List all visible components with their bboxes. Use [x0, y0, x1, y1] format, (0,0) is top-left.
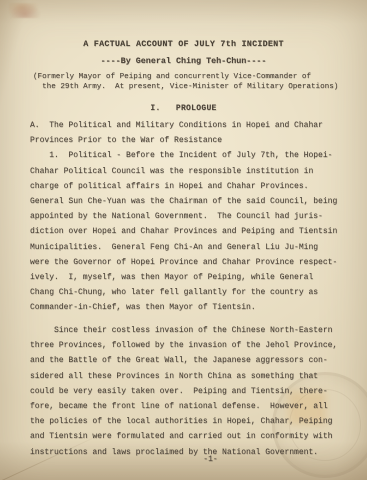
- text-line: diction over Hopei and Chahar Provinces …: [30, 224, 337, 239]
- text-line: A. The Political and Military Conditions…: [30, 118, 337, 133]
- text-line: and the Battle of the Great Wall, the Ja…: [30, 353, 337, 368]
- document-title: A FACTUAL ACCOUNT OF JULY 7th INCIDENT: [0, 39, 367, 49]
- text-line: appointed by the National Government. Th…: [30, 209, 337, 224]
- text-line: (Formerly Mayor of Peiping and concurren…: [33, 73, 338, 83]
- text-line: Chahar Political Council was the respons…: [30, 164, 337, 179]
- text-line: were the Governor of Hopei Province and …: [30, 255, 337, 270]
- text-line: charge of political affairs in Hopei and…: [30, 179, 337, 194]
- section-heading: I. PROLOGUE: [0, 104, 367, 113]
- text-line: General Sun Che-Yuan was the Chairman of…: [30, 194, 337, 209]
- paragraph-block-1: A. The Political and Military Conditions…: [30, 118, 337, 316]
- author-note: (Formerly Mayor of Peiping and concurren…: [33, 73, 338, 92]
- text-line: Provinces Prior to the War of Resistance: [30, 133, 337, 148]
- text-line: Since their costless invasion of the Chi…: [30, 323, 337, 338]
- text-line: fore, became the front line of national …: [30, 399, 337, 414]
- text-line: the policies of the local authorities in…: [30, 414, 337, 429]
- stamp-mark: [9, 3, 41, 18]
- page-number: -1-: [27, 455, 367, 464]
- text-line: Chang Chi-Chung, who later fell gallantl…: [30, 285, 337, 300]
- text-line: sidered all these Provinces in North Chi…: [30, 369, 337, 384]
- text-line: ively. I, myself, was then Mayor of Peip…: [30, 270, 337, 285]
- text-line: three Provinces, followed by the invasio…: [30, 338, 337, 353]
- text-line: could be very easily taken over. Peiping…: [30, 384, 337, 399]
- text-line: Commander-in-Chief, was then Mayor of Ti…: [30, 300, 337, 315]
- text-line: the 29th Army. At present, Vice-Minister…: [33, 83, 338, 93]
- text-line: and Tientsin were formulated and carried…: [30, 429, 337, 444]
- paragraph-block-2: Since their costless invasion of the Chi…: [30, 323, 337, 460]
- document-byline: ----By General Ching Teh-Chun----: [0, 56, 367, 66]
- text-line: Municipalities. General Feng Chi-An and …: [30, 240, 337, 255]
- document-page: A FACTUAL ACCOUNT OF JULY 7th INCIDENT -…: [0, 0, 367, 480]
- text-line: 1. Political - Before the Incident of Ju…: [30, 148, 337, 163]
